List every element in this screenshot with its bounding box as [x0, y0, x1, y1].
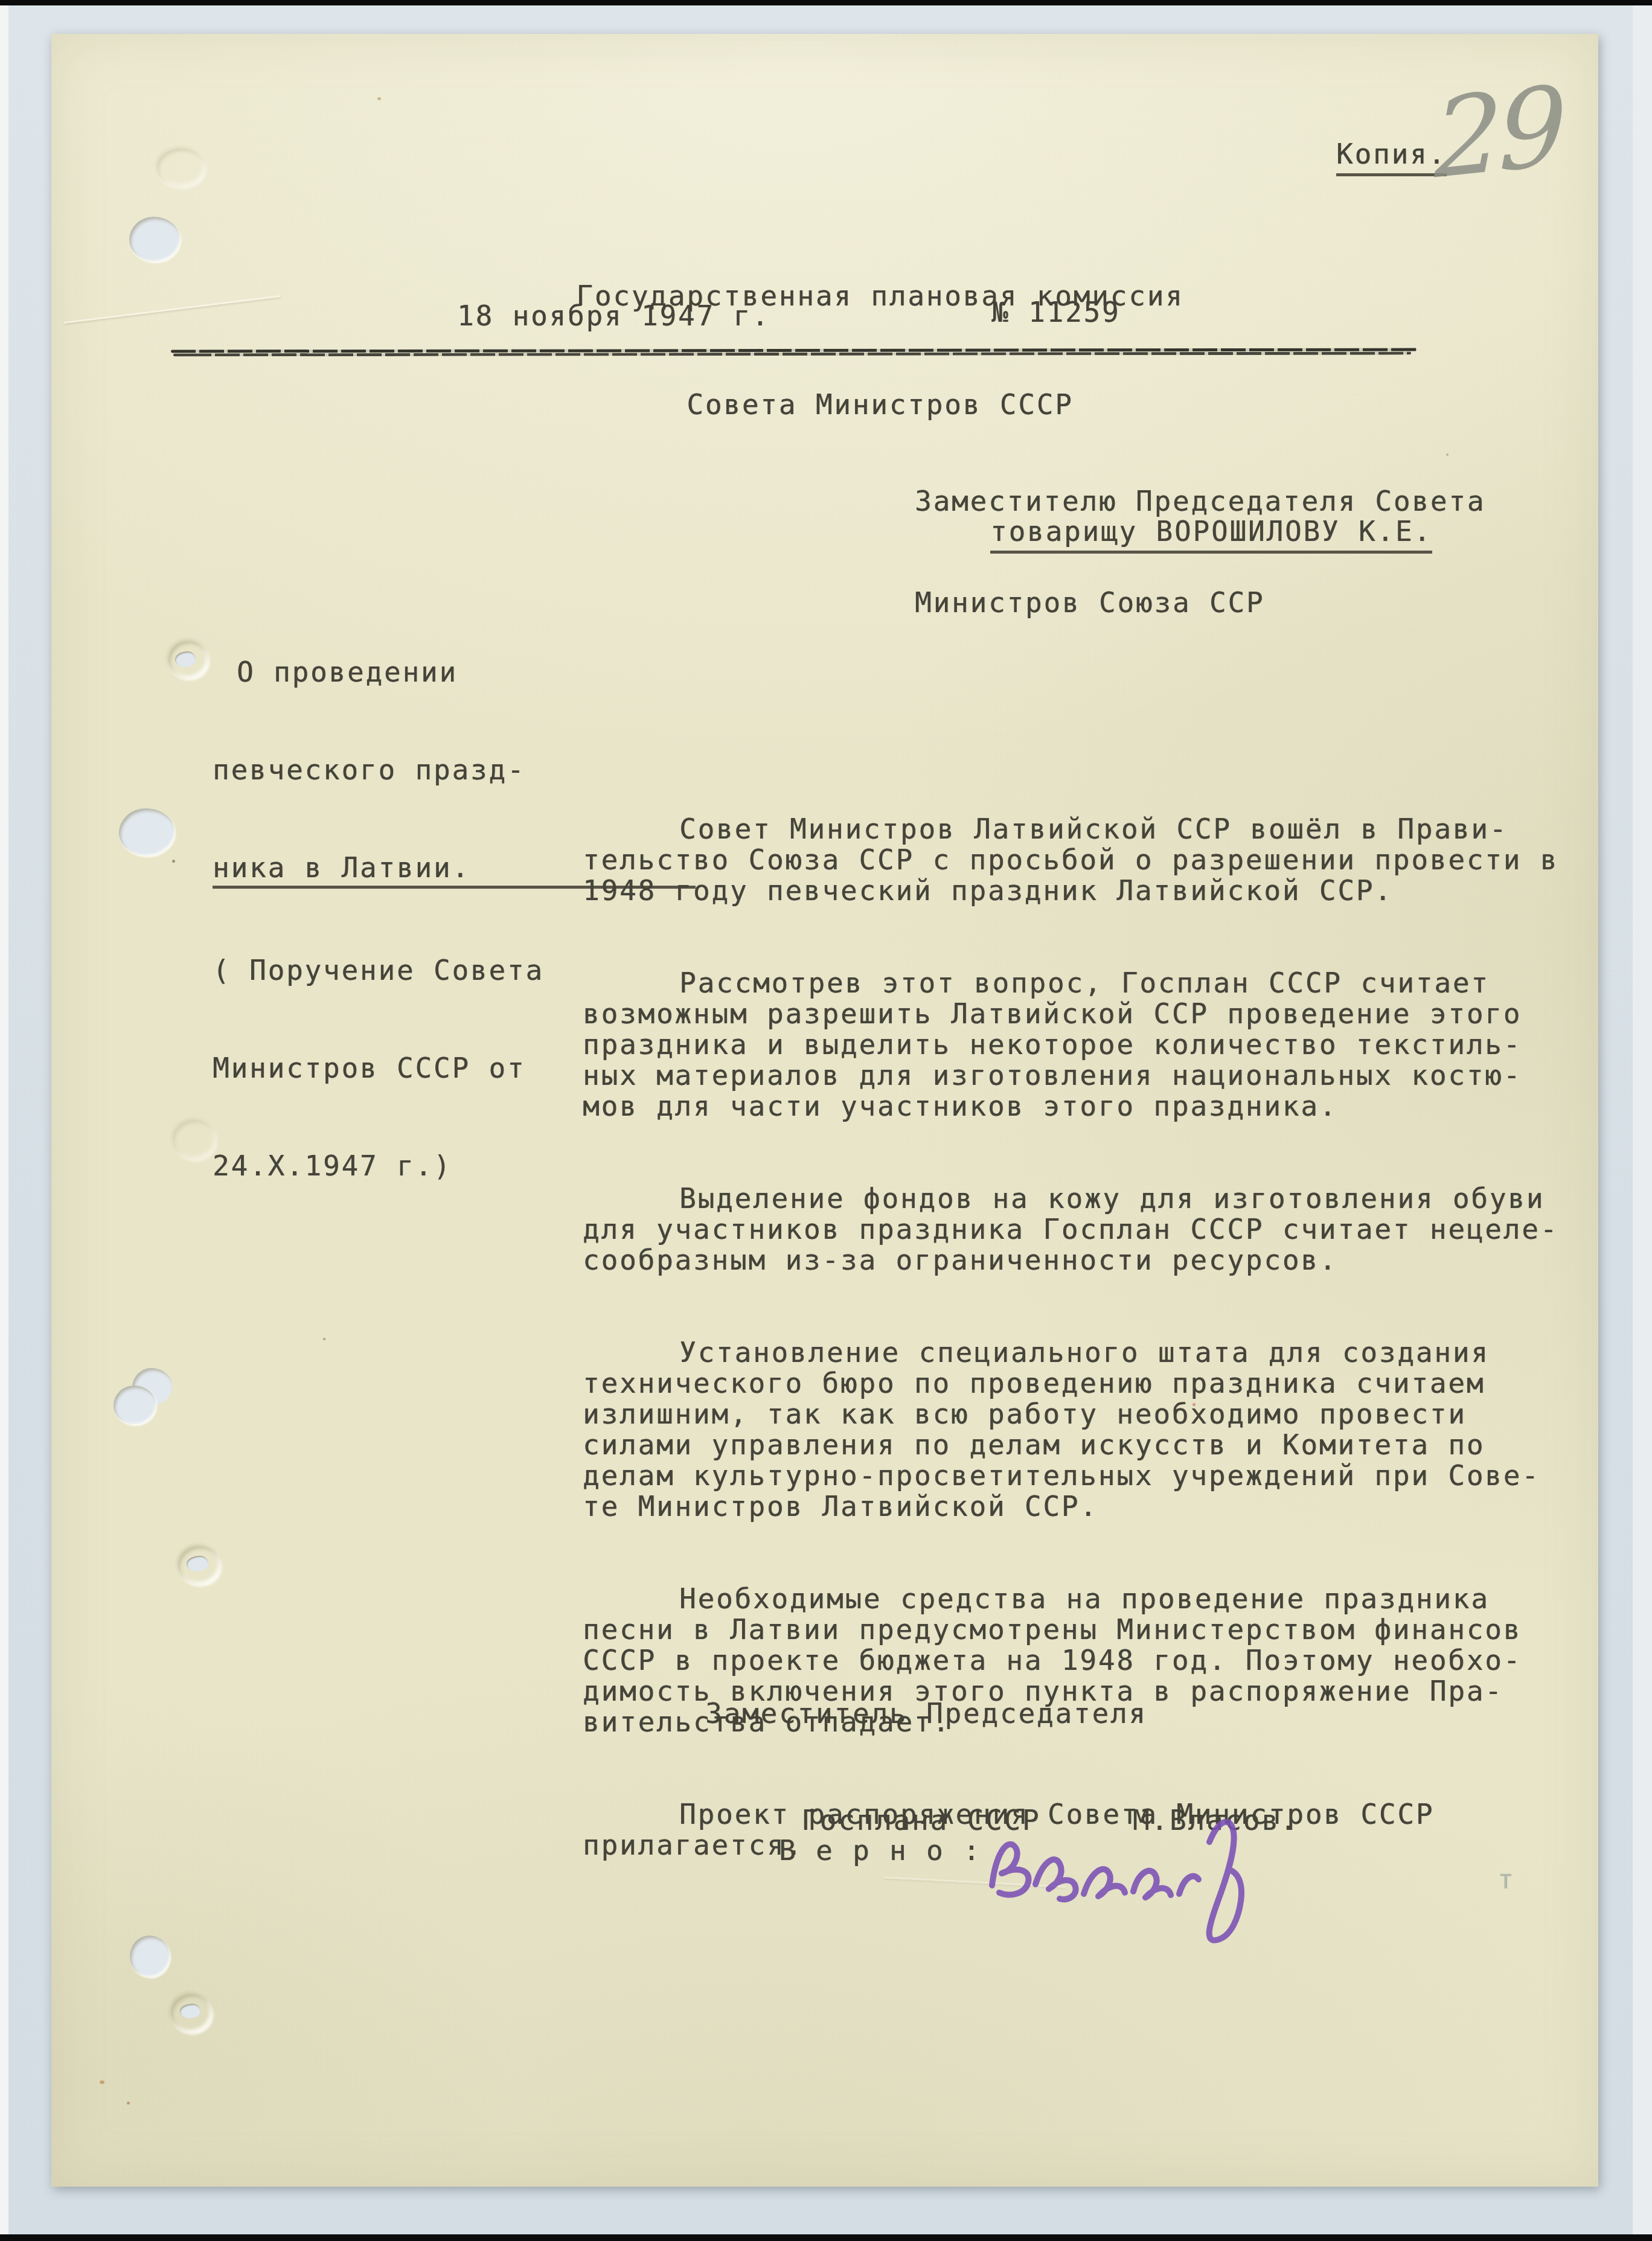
page-number-handwritten: 29	[1435, 63, 1563, 203]
handwritten-signature	[975, 1782, 1313, 1963]
typed-rule	[171, 347, 1417, 359]
paragraph-1: Совет Министров Латвийской ССР вошёл в П…	[583, 814, 1609, 906]
copy-label-text: Копия.	[1336, 138, 1447, 176]
emboss-ring	[173, 1120, 216, 1160]
paragraph-3: Выделение фондов на кожу для изготовлени…	[583, 1183, 1609, 1276]
stray-ink-mark: т	[1497, 1864, 1514, 1895]
verno-label: В е р н о :	[779, 1834, 981, 1867]
doc-number: № 11259	[991, 296, 1120, 328]
foxing-speck	[100, 2080, 104, 2084]
scan-edge-left	[0, 0, 8, 2241]
emboss-ring	[157, 149, 205, 187]
scan-edge-top	[0, 0, 1652, 5]
scanned-page: Копия. 29 Государственная плановая комис…	[0, 0, 1652, 2241]
date-line: 18 ноября 1947 г.	[457, 299, 770, 332]
scan-edge-right	[1633, 0, 1652, 2241]
punch-hole	[129, 217, 180, 261]
signature-stroke	[992, 1822, 1241, 1940]
addressee-line1: Заместителю Председателя Совета	[915, 484, 1485, 518]
salutation: товарищу ВОРОШИЛОВУ К.Е.	[990, 515, 1432, 548]
punch-hole	[175, 651, 196, 667]
salutation-text: товарищу ВОРОШИЛОВУ К.Е.	[990, 515, 1432, 554]
emboss-ring	[171, 1994, 212, 2033]
punch-hole	[114, 1386, 156, 1424]
foxing-speck	[127, 2102, 130, 2105]
copy-label: Копия.	[1336, 138, 1447, 170]
signer-title-line1: Заместитель Председателя	[705, 1696, 1298, 1731]
punch-hole	[130, 1936, 170, 1977]
paragraph-2: Рассмотрев этот вопрос, Госплан СССР счи…	[583, 968, 1609, 1122]
punch-hole	[180, 2004, 200, 2018]
subject-line-1: О проведении	[213, 656, 696, 688]
emboss-ring	[178, 1546, 220, 1585]
foxing-speck	[323, 1338, 325, 1340]
punch-hole	[119, 808, 174, 855]
scan-edge-bottom	[0, 2234, 1652, 2241]
punch-hole	[187, 1556, 208, 1571]
foxing-speck	[172, 860, 175, 863]
paragraph-4: Установление специального штата для созд…	[583, 1337, 1609, 1522]
addressee-line2: Министров Союза ССР	[915, 586, 1485, 619]
emboss-ring	[168, 641, 208, 679]
document-paper: Копия. 29 Государственная плановая комис…	[51, 34, 1598, 2187]
paper-crease	[64, 295, 280, 324]
foxing-speck	[377, 97, 381, 100]
